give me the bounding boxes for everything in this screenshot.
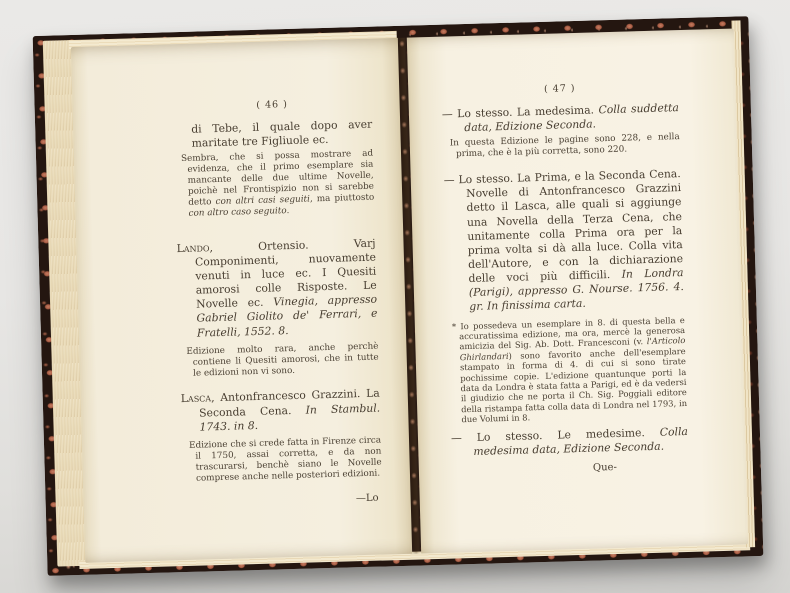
text-segment: , ma piuttosto [310, 193, 375, 205]
text-segment: . [286, 206, 289, 216]
continuation-paragraph: di Tebe, il quale dopo aver maritate tre… [173, 118, 373, 152]
text-segment: Edizione molto rara, anche perchè contie… [186, 341, 379, 378]
text-segment: di Tebe, il quale dopo aver maritate tre… [191, 118, 372, 150]
open-spread: ( 46 ) di Tebe, il quale dopo aver marit… [71, 29, 748, 563]
note-lando: Edizione molto rara, anche perchè contie… [179, 341, 379, 379]
left-text-column: ( 46 ) di Tebe, il quale dopo aver marit… [173, 97, 383, 510]
text-segment: Edizione che si crede fatta in Firenze c… [189, 435, 382, 483]
page-number-right: ( 47 ) [441, 80, 678, 98]
photo-background: ( 46 ) di Tebe, il quale dopo aver marit… [0, 0, 790, 593]
text-segment: In questa Edizione le pagine sono 228, e… [450, 132, 680, 159]
small-caps-name: Lando [176, 241, 209, 255]
right-page: ( 47 ) — Lo stesso. La medesima. Colla s… [407, 29, 748, 554]
editorial-note-top: Sembra, che si possa mostrare ad evidenz… [174, 149, 375, 220]
entry-lasca: Lasca, Antonfrancesco Grazzini. La Secon… [181, 387, 381, 435]
footnote: * Io possedeva un esemplare in 8. di que… [448, 315, 688, 426]
entry-lo-stesso-2: — Lo stesso. La Prima, e la Seconda Cena… [444, 167, 685, 315]
italic-segment: con altro caso seguito [188, 206, 286, 219]
small-caps-name: Lasca [181, 392, 212, 406]
note-edition-pages: In questa Edizione le pagine sono 228, e… [443, 132, 681, 160]
note-lasca: Edizione che si crede fatta in Firenze c… [182, 435, 382, 484]
italic-segment: con altri casi seguiti [215, 194, 310, 207]
book: ( 46 ) di Tebe, il quale dopo aver marit… [33, 16, 764, 576]
entry-lo-stesso-1: — Lo stesso. La medesima. Colla suddetta… [442, 101, 680, 136]
left-page: ( 46 ) di Tebe, il quale dopo aver marit… [71, 38, 412, 563]
page-number-left: ( 46 ) [173, 97, 372, 114]
catchword-right: Que- [452, 460, 689, 478]
catchword-left: —Lo [184, 493, 383, 510]
entry-lo-stesso-3: — Lo stesso. Le medesime. Colla medesima… [451, 425, 689, 460]
entry-lando: Lando, Ortensio. Varj Componimenti, nuov… [176, 236, 378, 341]
right-text-column: ( 47 ) — Lo stesso. La medesima. Colla s… [441, 80, 689, 477]
